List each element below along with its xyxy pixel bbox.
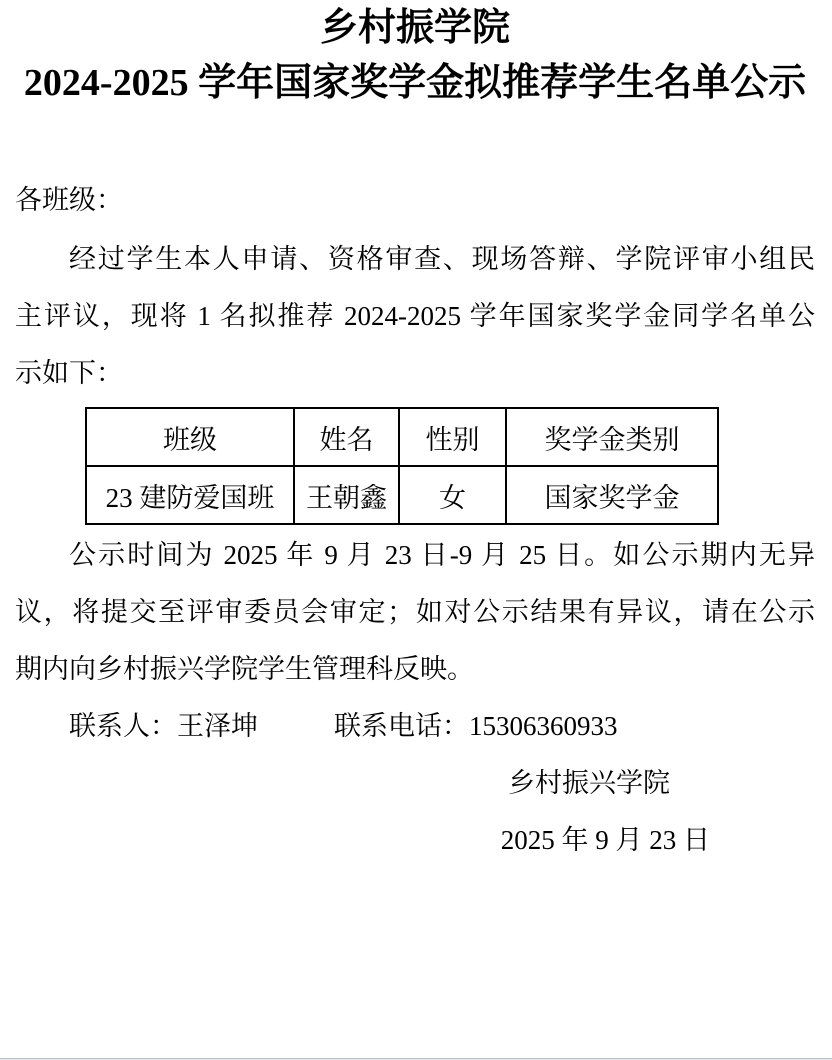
document-title: 乡村振学院 [15, 5, 815, 51]
paragraph-publicity-line-1: 公示时间为 2025 年 9 月 23 日-9 月 25 日。如公示期内无异 [15, 527, 815, 584]
paragraph-publicity-line-3: 期内向乡村振兴学院学生管理科反映。 [15, 641, 815, 698]
table-row: 23 建防爱国班 王朝鑫 女 国家奖学金 [86, 466, 718, 524]
cell-name: 王朝鑫 [294, 466, 399, 524]
signature-date: 2025 年 9 月 23 日 [15, 812, 815, 869]
contact-line: 联系人：王泽坤联系电话：15306360933 [15, 698, 815, 755]
paragraph-publicity-line-2: 议，将提交至评审委员会审定；如对公示结果有异议，请在公示 [15, 584, 815, 641]
column-header-scholarship-type: 奖学金类别 [506, 408, 718, 466]
contact-phone: 联系电话：15306360933 [334, 711, 618, 741]
paragraph-publicity: 公示时间为 2025 年 9 月 23 日-9 月 25 日。如公示期内无异 议… [15, 527, 815, 698]
table-header-row: 班级 姓名 性别 奖学金类别 [86, 408, 718, 466]
paragraph-intro-line-1: 经过学生本人申请、资格审查、现场答辩、学院评审小组民 [15, 231, 815, 288]
document-subtitle: 2024-2025 学年国家奖学金拟推荐学生名单公示 [15, 60, 815, 106]
paragraph-intro-line-2: 主评议，现将 1 名拟推荐 2024-2025 学年国家奖学金同学名单公 [15, 288, 815, 345]
column-header-gender: 性别 [399, 408, 506, 466]
paragraph-intro: 经过学生本人申请、资格审查、现场答辩、学院评审小组民 主评议，现将 1 名拟推荐… [15, 231, 815, 402]
document-content: 乡村振学院 2024-2025 学年国家奖学金拟推荐学生名单公示 各班级： 经过… [0, 5, 832, 869]
column-header-class: 班级 [86, 408, 294, 466]
cell-scholarship-type: 国家奖学金 [506, 466, 718, 524]
scholarship-table: 班级 姓名 性别 奖学金类别 23 建防爱国班 王朝鑫 女 国家奖学金 [85, 407, 719, 525]
document-page: 乡村振学院 2024-2025 学年国家奖学金拟推荐学生名单公示 各班级： 经过… [0, 5, 832, 1060]
cell-gender: 女 [399, 466, 506, 524]
cell-class: 23 建防爱国班 [86, 466, 294, 524]
salutation: 各班级： [15, 186, 815, 214]
contact-person: 联系人：王泽坤 [69, 711, 258, 741]
column-header-name: 姓名 [294, 408, 399, 466]
signature-org: 乡村振兴学院 [15, 755, 815, 812]
paragraph-intro-line-3: 示如下： [15, 345, 815, 402]
